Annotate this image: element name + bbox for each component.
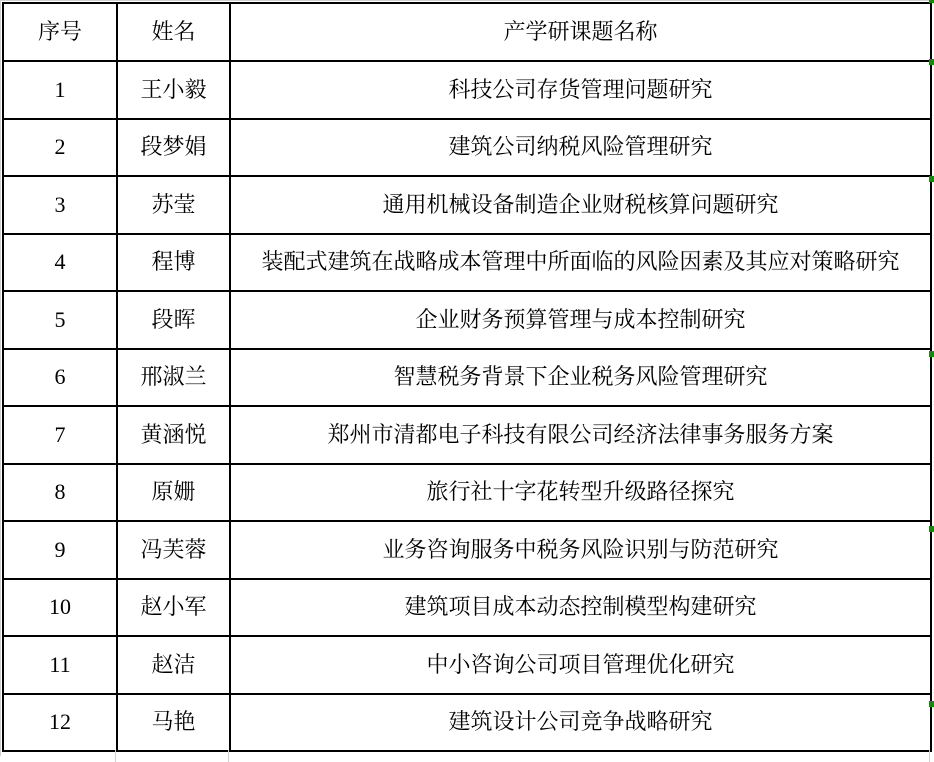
cell-no[interactable]: 1	[3, 61, 117, 119]
table-header-row: 序号 姓名 产学研课题名称	[3, 3, 931, 61]
cell-topic[interactable]: 旅行社十字花转型升级路径探究	[230, 464, 931, 522]
gridline	[228, 750, 229, 762]
cell-topic[interactable]: 科技公司存货管理问题研究	[230, 61, 931, 119]
cell-topic[interactable]: 智慧税务背景下企业税务风险管理研究	[230, 349, 931, 407]
table-row: 1 王小毅 科技公司存货管理问题研究	[3, 61, 931, 119]
green-corner-marker-icon	[929, 59, 934, 65]
cell-no[interactable]: 12	[3, 694, 117, 752]
cell-name[interactable]: 马艳	[117, 694, 230, 752]
green-corner-marker-icon	[929, 351, 934, 357]
table-row: 8 原姗 旅行社十字花转型升级路径探究	[3, 464, 931, 522]
table-row: 4 程博 装配式建筑在战略成本管理中所面临的风险因素及其应对策略研究	[3, 234, 931, 292]
gridline	[115, 750, 116, 762]
table-row: 3 苏莹 通用机械设备制造企业财税核算问题研究	[3, 176, 931, 234]
cell-no[interactable]: 3	[3, 176, 117, 234]
gridline	[929, 750, 930, 762]
cell-topic[interactable]: 建筑项目成本动态控制模型构建研究	[230, 579, 931, 637]
cell-name[interactable]: 程博	[117, 234, 230, 292]
cell-no[interactable]: 10	[3, 579, 117, 637]
cell-name[interactable]: 段梦娟	[117, 119, 230, 177]
cell-topic[interactable]: 通用机械设备制造企业财税核算问题研究	[230, 176, 931, 234]
cell-topic[interactable]: 业务咨询服务中税务风险识别与防范研究	[230, 521, 931, 579]
cell-topic[interactable]: 建筑公司纳税风险管理研究	[230, 119, 931, 177]
cell-name[interactable]: 苏莹	[117, 176, 230, 234]
cell-no[interactable]: 6	[3, 349, 117, 407]
spreadsheet-view: 序号 姓名 产学研课题名称 1 王小毅 科技公司存货管理问题研究 2 段梦娟 建…	[0, 0, 934, 762]
cell-name[interactable]: 赵洁	[117, 636, 230, 694]
cell-name[interactable]: 段晖	[117, 291, 230, 349]
cell-no[interactable]: 2	[3, 119, 117, 177]
cell-topic[interactable]: 企业财务预算管理与成本控制研究	[230, 291, 931, 349]
cell-topic[interactable]: 建筑设计公司竞争战略研究	[230, 694, 931, 752]
green-corner-marker-icon	[929, 701, 934, 707]
table-row: 6 邢淑兰 智慧税务背景下企业税务风险管理研究	[3, 349, 931, 407]
table-row: 9 冯芙蓉 业务咨询服务中税务风险识别与防范研究	[3, 521, 931, 579]
table-row: 10 赵小军 建筑项目成本动态控制模型构建研究	[3, 579, 931, 637]
cell-no[interactable]: 4	[3, 234, 117, 292]
header-cell-name[interactable]: 姓名	[117, 3, 230, 61]
cell-no[interactable]: 8	[3, 464, 117, 522]
cell-name[interactable]: 冯芙蓉	[117, 521, 230, 579]
gridline	[0, 0, 1, 756]
table-row: 7 黄涵悦 郑州市清都电子科技有限公司经济法律事务服务方案	[3, 406, 931, 464]
table-row: 11 赵洁 中小咨询公司项目管理优化研究	[3, 636, 931, 694]
cell-topic[interactable]: 装配式建筑在战略成本管理中所面临的风险因素及其应对策略研究	[230, 234, 931, 292]
topics-table: 序号 姓名 产学研课题名称 1 王小毅 科技公司存货管理问题研究 2 段梦娟 建…	[2, 2, 932, 752]
green-corner-marker-icon	[929, 176, 934, 182]
cell-name[interactable]: 赵小军	[117, 579, 230, 637]
cell-no[interactable]: 7	[3, 406, 117, 464]
green-corner-marker-icon	[929, 0, 934, 3]
cell-name[interactable]: 王小毅	[117, 61, 230, 119]
cell-no[interactable]: 11	[3, 636, 117, 694]
cell-no[interactable]: 5	[3, 291, 117, 349]
cell-name[interactable]: 黄涵悦	[117, 406, 230, 464]
cell-topic[interactable]: 中小咨询公司项目管理优化研究	[230, 636, 931, 694]
cell-no[interactable]: 9	[3, 521, 117, 579]
header-cell-topic[interactable]: 产学研课题名称	[230, 3, 931, 61]
cell-name[interactable]: 原姗	[117, 464, 230, 522]
table-row: 12 马艳 建筑设计公司竞争战略研究	[3, 694, 931, 752]
table-row: 5 段晖 企业财务预算管理与成本控制研究	[3, 291, 931, 349]
cell-topic[interactable]: 郑州市清都电子科技有限公司经济法律事务服务方案	[230, 406, 931, 464]
table-row: 2 段梦娟 建筑公司纳税风险管理研究	[3, 119, 931, 177]
header-cell-no[interactable]: 序号	[3, 3, 117, 61]
cell-name[interactable]: 邢淑兰	[117, 349, 230, 407]
gridline	[0, 0, 934, 1]
green-corner-marker-icon	[929, 526, 934, 532]
